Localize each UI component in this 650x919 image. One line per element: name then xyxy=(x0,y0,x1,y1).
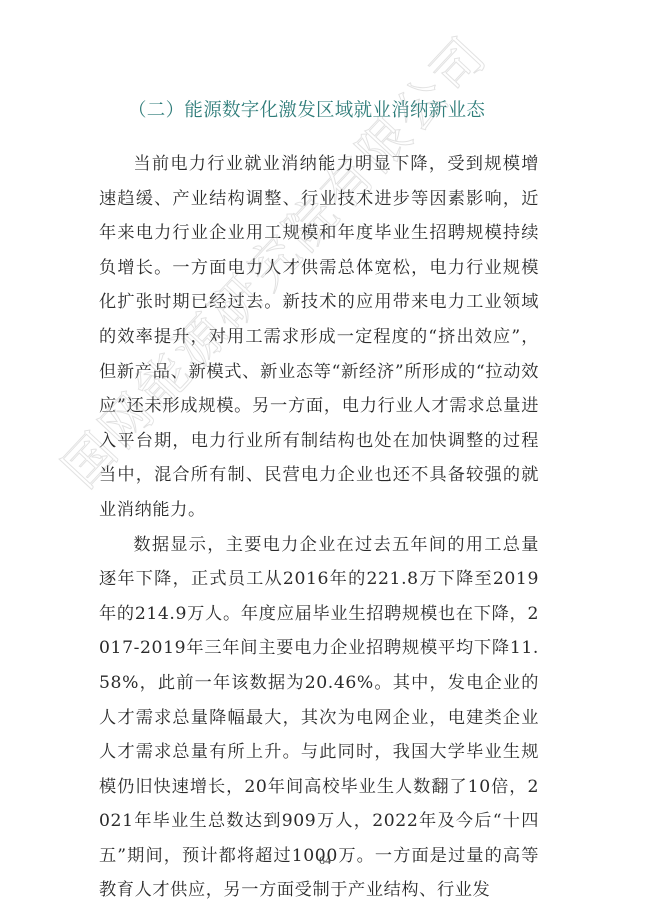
document-page: （二）能源数字化激发区域就业消纳新业态 当前电力行业就业消纳能力明显下降，受到规… xyxy=(0,0,650,919)
body-text: 当前电力行业就业消纳能力明显下降，受到规模增速趋缓、产业结构调整、行业技术进步等… xyxy=(99,147,539,908)
paragraph-data-statistics: 数据显示，主要电力企业在过去五年间的用工总量逐年下降，正式员工从2016年的22… xyxy=(99,528,539,909)
paragraph-employment-capacity: 当前电力行业就业消纳能力明显下降，受到规模增速趋缓、产业结构调整、行业技术进步等… xyxy=(99,147,539,528)
section-title: （二）能源数字化激发区域就业消纳新业态 xyxy=(128,96,485,122)
page-number: 64 xyxy=(0,853,650,868)
